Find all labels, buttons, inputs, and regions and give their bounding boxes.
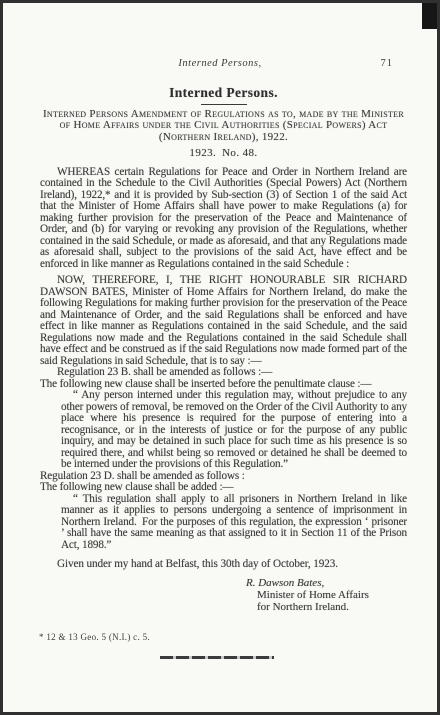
- attestation-line: Given under my hand at Belfast, this 30t…: [40, 559, 407, 571]
- signature-block: R. Dawson Bates, Minister of Home Affair…: [246, 577, 407, 613]
- document-body: Interned Persons. Interned Persons Amend…: [40, 87, 407, 613]
- regulation-23b-line: Regulation 23 B. shall be amended as fol…: [40, 367, 407, 379]
- page-number: 71: [381, 58, 394, 69]
- scan-corner-mark: [422, 3, 437, 29]
- whereas-paragraph: WHEREAS certain Regulations for Peace an…: [40, 167, 407, 271]
- statute-footnote: * 12 & 13 Geo. 5 (N.I.) c. 5.: [39, 632, 150, 642]
- bottom-divider: [160, 656, 274, 659]
- clause-23b-text: “ Any person interned under this regulat…: [61, 390, 407, 471]
- signatory-name: R. Dawson Bates,: [246, 577, 407, 589]
- signatory-office-line1: Minister of Home Affairs: [246, 589, 407, 601]
- add-clause-line: The following new clause shall be added …: [40, 482, 407, 494]
- scanned-document-page: Interned Persons, 71 Interned Persons. I…: [0, 0, 440, 715]
- clause-23d-text: “ This regulation shall apply to all pri…: [61, 494, 407, 552]
- now-therefore-paragraph: NOW, THEREFORE, I, THE RIGHT HONOURABLE …: [40, 275, 407, 367]
- running-head: Interned Persons,: [3, 58, 437, 69]
- title-divider: [201, 104, 247, 105]
- document-title: Interned Persons.: [40, 87, 407, 99]
- issue-number-line: 1923. No. 48.: [40, 148, 407, 160]
- citation-heading: Interned Persons Amendment of Regulation…: [40, 109, 407, 144]
- signatory-office-line2: for Northern Ireland.: [246, 601, 407, 613]
